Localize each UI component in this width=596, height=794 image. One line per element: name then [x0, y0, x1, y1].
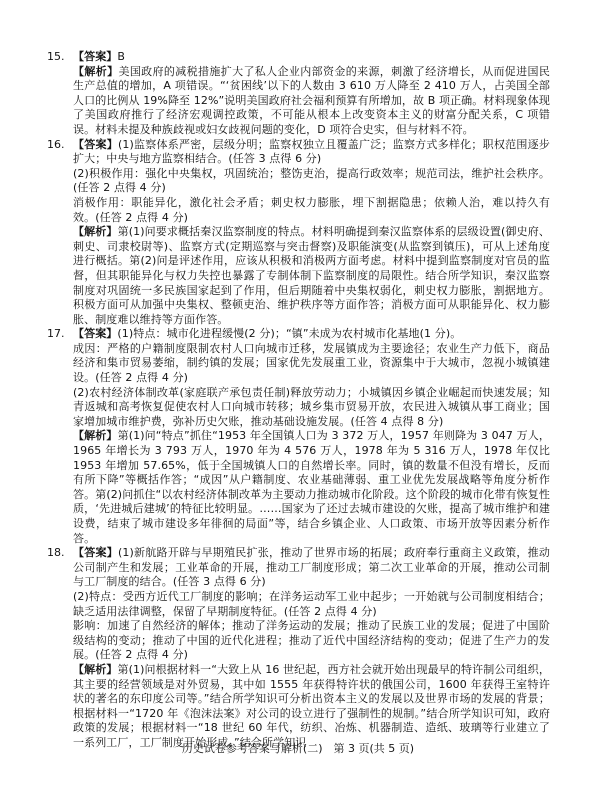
- paragraph-text: (2)积极作用：强化中央集权，巩固统治；整饬吏治，提高行政效率；规范司法，维护社…: [73, 167, 550, 195]
- paragraph-text: 成因：严格的户籍制度限制农村人口向城市迁移，发展镇成为主要途径；农业生产力低下，…: [73, 342, 550, 384]
- paragraph-text: (2)农村经济体制改革(家庭联产承包责任制)释放劳动力；小城镇因乡镇企业崛起而快…: [73, 386, 550, 428]
- answer-item: 15.【答案】B【解析】美国政府的减税措施扩大了私人企业内部资金的来源，刺激了经…: [0, 50, 596, 138]
- paragraph: 【解析】第(1)问要求概括秦汉监察制度的特点。材料明确提到秦汉监察体系的层级设置…: [73, 225, 550, 327]
- paragraph: 影响：加速了自然经济的解体；推动了洋务运动的发展；推动了民族工业的发展；促进了中…: [73, 619, 550, 663]
- paragraph: 【答案】B: [73, 50, 550, 65]
- paragraph: 成因：严格的户籍制度限制农村人口向城市迁移，发展镇成为主要途径；农业生产力低下，…: [73, 342, 550, 386]
- paragraph: 【答案】(1)新航路开辟与早期殖民扩张，推动了世界市场的拓展；政府奉行重商主义政…: [73, 546, 550, 590]
- item-number: 16.: [47, 138, 65, 153]
- paragraph-text: 第(1)问要求概括秦汉监察制度的特点。材料明确提到秦汉监察体系的层级设置(御史府…: [73, 225, 550, 326]
- paragraph: 【解析】第(1)问“特点”抓住“1953 年全国镇人口为 3 372 万人，19…: [73, 429, 550, 546]
- answer-item: 16.【答案】(1)监察体系严密，层级分明；监察权独立且覆盖广泛；监察方式多样化…: [0, 138, 596, 328]
- document-page: 15.【答案】B【解析】美国政府的减税措施扩大了私人企业内部资金的来源，刺激了经…: [0, 0, 596, 794]
- item-number: 18.: [47, 546, 65, 561]
- paragraph: (2)特点：受西方近代工厂制度的影响；在洋务运动军工业中起步；一开始就与公司制度…: [73, 590, 550, 619]
- paragraph: (2)积极作用：强化中央集权，巩固统治；整饬吏治，提高行政效率；规范司法，维护社…: [73, 167, 550, 196]
- paragraph-text: 消极作用：职能异化，激化社会矛盾；刺史权力膨胀，埋下割据隐患；依赖人治，难以持久…: [73, 196, 550, 224]
- paragraph: 【解析】第(1)问根据材料一“大致上从 16 世纪起，西方社会就开始出现最早的特…: [73, 663, 550, 751]
- paragraph-text: (1)新航路开辟与早期殖民扩张，推动了世界市场的拓展；政府奉行重商主义政策，推动…: [73, 546, 550, 588]
- paragraph: 【答案】(1)监察体系严密，层级分明；监察权独立且覆盖广泛；监察方式多样化；职权…: [73, 138, 550, 167]
- answer-item: 18.【答案】(1)新航路开辟与早期殖民扩张，推动了世界市场的拓展；政府奉行重商…: [0, 546, 596, 750]
- paragraph-label: 【解析】: [73, 65, 118, 78]
- paragraph-label: 【答案】: [73, 327, 117, 340]
- answer-item: 17.【答案】(1)特点：城市化进程缓慢(2 分)；“镇”未成为农村城市化基地(…: [0, 327, 596, 546]
- paragraph: 消极作用：职能异化，激化社会矛盾；刺史权力膨胀，埋下割据隐患；依赖人治，难以持久…: [73, 196, 550, 225]
- paragraph-text: B: [117, 50, 125, 63]
- paragraph: 【答案】(1)特点：城市化进程缓慢(2 分)；“镇”未成为农村城市化基地(1 分…: [73, 327, 550, 342]
- paragraph-label: 【解析】: [73, 225, 118, 238]
- paragraph-label: 【答案】: [73, 50, 117, 63]
- paragraph-label: 【解析】: [73, 429, 118, 442]
- paragraph-text: (2)特点：受西方近代工厂制度的影响；在洋务运动军工业中起步；一开始就与公司制度…: [73, 590, 550, 618]
- answer-items: 15.【答案】B【解析】美国政府的减税措施扩大了私人企业内部资金的来源，刺激了经…: [0, 50, 596, 751]
- paragraph: (2)农村经济体制改革(家庭联产承包责任制)释放劳动力；小城镇因乡镇企业崛起而快…: [73, 386, 550, 430]
- item-number: 15.: [47, 50, 65, 65]
- paragraph: 【解析】美国政府的减税措施扩大了私人企业内部资金的来源，刺激了经济增长，从而促进…: [73, 65, 550, 138]
- paragraph-text: 美国政府的减税措施扩大了私人企业内部资金的来源，刺激了经济增长，从而促进国民生产…: [73, 65, 550, 136]
- paragraph-text: (1)特点：城市化进程缓慢(2 分)；“镇”未成为农村城市化基地(1 分)。: [117, 327, 461, 340]
- paragraph-text: (1)监察体系严密，层级分明；监察权独立且覆盖广泛；监察方式多样化；职权范围逐步…: [73, 138, 550, 166]
- paragraph-text: 第(1)问根据材料一“大致上从 16 世纪起，西方社会就开始出现最早的特许制公司…: [73, 663, 550, 749]
- paragraph-label: 【答案】: [73, 138, 118, 151]
- paragraph-text: 影响：加速了自然经济的解体；推动了洋务运动的发展；推动了民族工业的发展；促进了中…: [73, 619, 550, 661]
- paragraph-label: 【答案】: [73, 546, 118, 559]
- paragraph-text: 第(1)问“特点”抓住“1953 年全国镇人口为 3 372 万人，1957 年…: [73, 429, 550, 544]
- paragraph-label: 【解析】: [73, 663, 118, 676]
- item-number: 17.: [47, 327, 65, 342]
- page-footer: 历史试卷参考答案与解析(二) 第 3 页(共 5 页): [0, 742, 596, 756]
